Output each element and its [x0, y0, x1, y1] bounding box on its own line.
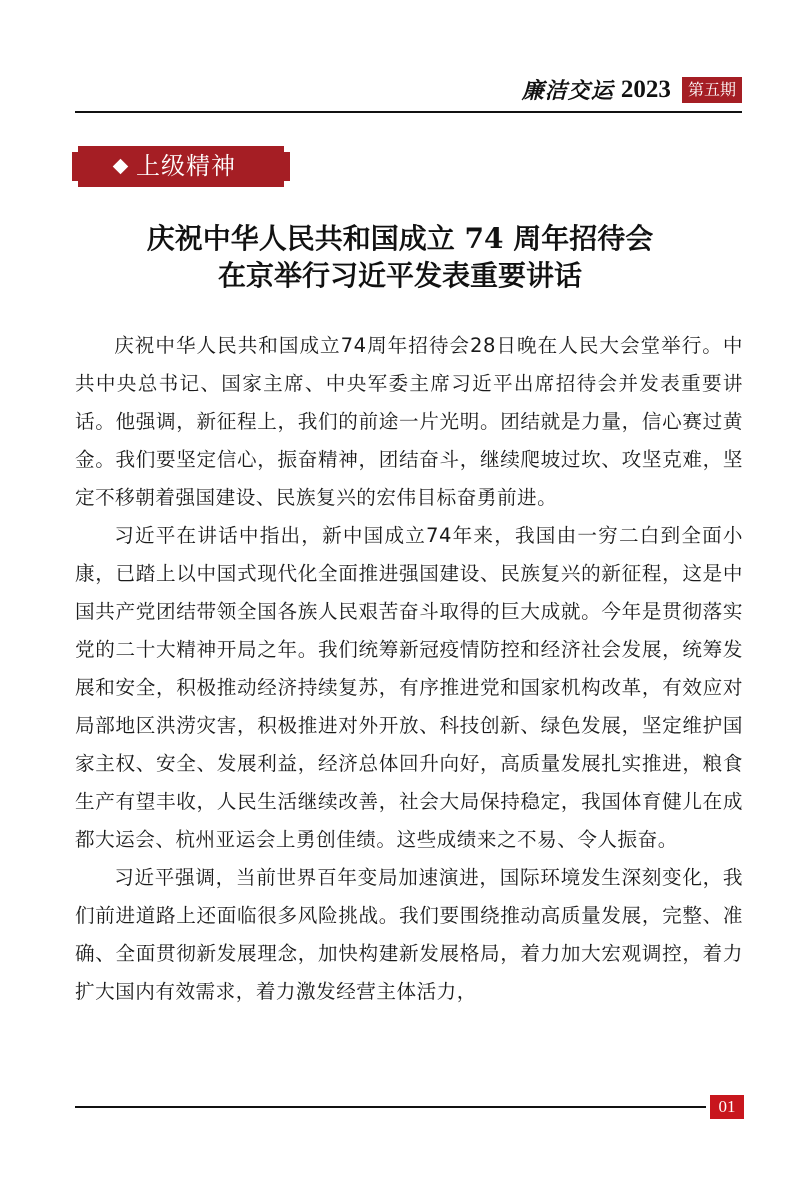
diamond-icon	[113, 159, 129, 175]
paragraph-2: 习近平在讲话中指出，新中国成立74年来，我国由一穷二白到全面小康，已踏上以中国式…	[75, 517, 743, 859]
header-divider	[75, 111, 742, 113]
publication-title: 廉洁交运	[522, 74, 614, 105]
section-label: 上级精神	[136, 152, 236, 180]
page-number: 01	[710, 1095, 744, 1119]
section-banner: 上级精神	[72, 146, 290, 187]
publication-year: 2023	[621, 76, 671, 104]
article-title: 庆祝中华人民共和国成立 74 周年招待会 在京举行习近平发表重要讲话	[60, 220, 740, 294]
issue-badge: 第五期	[682, 77, 742, 103]
paragraph-3: 习近平强调，当前世界百年变局加速演进，国际环境发生深刻变化，我们前进道路上还面临…	[75, 859, 743, 1011]
masthead: 廉洁交运 2023 第五期	[0, 74, 742, 106]
footer-divider	[75, 1106, 706, 1108]
article-title-line-1: 庆祝中华人民共和国成立 74 周年招待会	[60, 220, 740, 257]
article-body: 庆祝中华人民共和国成立74周年招待会28日晚在人民大会堂举行。中共中央总书记、国…	[75, 327, 743, 1011]
paragraph-1: 庆祝中华人民共和国成立74周年招待会28日晚在人民大会堂举行。中共中央总书记、国…	[75, 327, 743, 517]
article-title-line-2: 在京举行习近平发表重要讲话	[60, 257, 740, 294]
